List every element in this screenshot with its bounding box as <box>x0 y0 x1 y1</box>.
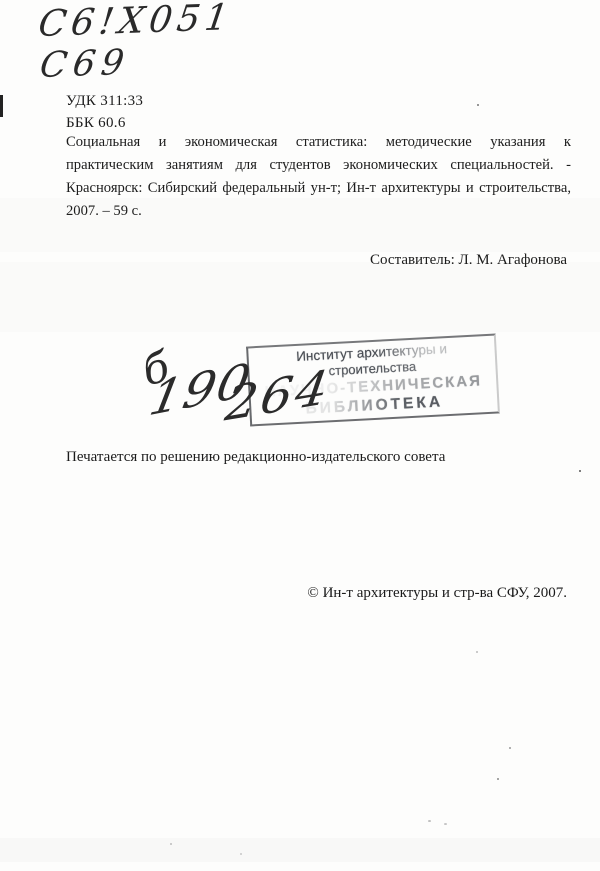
scan-speck <box>170 843 172 845</box>
handwritten-call-number-line1: С6!Х051 <box>36 0 236 45</box>
annotation-line: Красноярск: Сибирский федеральный ун-т; … <box>66 177 571 200</box>
annotation-line: Социальная и экономическая статистика: м… <box>66 131 571 154</box>
scan-band <box>0 838 600 862</box>
scan-speck <box>444 823 447 825</box>
scan-band <box>0 262 600 332</box>
copyright-line: © Ин-т архитектуры и стр-ва СФУ, 2007. <box>307 585 567 602</box>
scan-speck <box>497 778 499 780</box>
bbk-classification: ББК 60.6 <box>66 115 126 132</box>
edition-note: Печатается по решению редакционно-издате… <box>66 449 445 466</box>
compiler-credit: Составитель: Л. М. Агафонова <box>370 252 567 269</box>
scan-edge-artifact <box>0 95 3 117</box>
scanned-document-page: С6!Х051 С69 УДК 311:33 ББК 60.6 Социальн… <box>0 0 600 871</box>
annotation-line: 2007. – 59 с. <box>66 200 571 223</box>
handwritten-call-number-line2: С69 <box>37 43 132 86</box>
scan-speck <box>477 104 479 106</box>
scan-speck <box>240 853 242 855</box>
annotation-line: практическим занятиям для студентов экон… <box>66 154 571 177</box>
scan-speck <box>509 747 511 749</box>
bibliographic-annotation: Социальная и экономическая статистика: м… <box>66 131 571 223</box>
udk-classification: УДК 311:33 <box>66 93 143 110</box>
scan-speck <box>428 820 431 822</box>
scan-speck <box>579 470 581 472</box>
scan-speck <box>476 651 478 653</box>
